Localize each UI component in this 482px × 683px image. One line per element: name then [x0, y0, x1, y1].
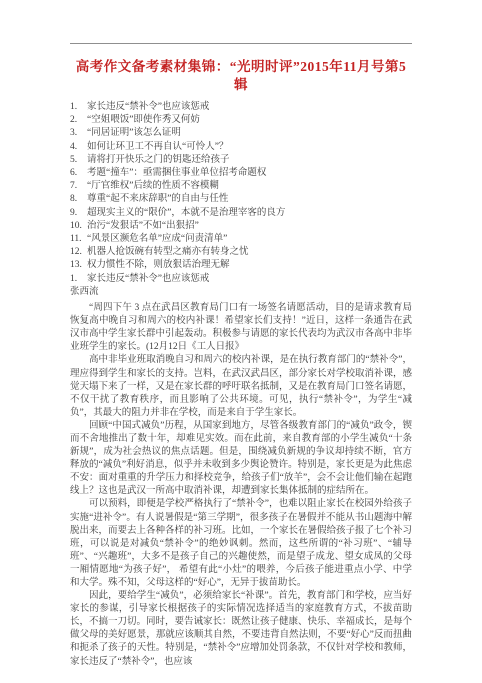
toc-item-number: 13.: [70, 259, 87, 272]
section-number: 1.: [70, 273, 87, 286]
toc-item: 6.考题“撞车”：亟需捆住事业单位招考命题权: [70, 167, 412, 180]
toc-item: 11.“风景区濒危名单”应成“问责清单”: [70, 233, 412, 246]
toc-list: 1.家长违反“禁补令”也应该惩戒2.“空姐喂饭”即使作秀又何妨3.“同居证明”该…: [70, 101, 412, 273]
toc-item-text: 如何让环卫工不再自认“可怜人”？: [87, 142, 228, 152]
toc-item: 8.尊重“起不来床辞职”的自由与任性: [70, 193, 412, 206]
body-paragraph: 可以预料，即便是学校严格执行了“禁补令”，也难以阻止家长在校园外给孩子实施“进补…: [70, 498, 412, 590]
toc-item: 4.如何让环卫工不再自认“可怜人”？: [70, 141, 412, 154]
toc-item-text: 权力惯性不除，则放狠话治理无解: [87, 260, 230, 270]
article-body: “周四下午 3 点在武昌区教育局门口有一场签名请愿活动，目的是请求教育局恢复高中…: [70, 302, 412, 669]
toc-item-number: 5.: [70, 154, 87, 167]
toc-item-number: 11.: [70, 233, 87, 246]
toc-item: 1.家长违反“禁补令”也应该惩戒: [70, 101, 412, 114]
author-name: 张西流: [70, 286, 412, 299]
toc-item: 10.治污“发狠话”不如“出狠招”: [70, 220, 412, 233]
document-content: 高考作文备考素材集锦：“光明时评”2015年11月号第5辑 1.家长违反“禁补令…: [70, 58, 412, 669]
toc-item-number: 9.: [70, 207, 87, 220]
body-paragraph: “周四下午 3 点在武昌区教育局门口有一场签名请愿活动，目的是请求教育局恢复高中…: [70, 302, 412, 354]
toc-item-text: “风景区濒危名单”应成“问责清单”: [87, 234, 227, 244]
body-paragraph: 回顾“中国式减负”历程，从国家到地方，尽管各级教育部门的“减负”政令，锲而不舍地…: [70, 420, 412, 499]
header-divider: [70, 43, 412, 44]
document-page: 高考作文备考素材集锦：“光明时评”2015年11月号第5辑 1.家长违反“禁补令…: [0, 0, 482, 683]
toc-item-number: 10.: [70, 220, 87, 233]
toc-item-text: 请将打开快乐之门的钥匙还给孩子: [87, 155, 230, 165]
section-title: 家长违反“禁补令”也应该惩戒: [87, 274, 209, 284]
body-paragraph: 因此，要给学生“减负”，必须给家长“补课”。首先，教育部门和学校，应当好家长的参…: [70, 590, 412, 669]
toc-item-number: 1.: [70, 101, 87, 114]
toc-item-text: 治污“发狠话”不如“出狠招”: [87, 221, 199, 231]
toc-item-number: 2.: [70, 114, 87, 127]
toc-item-text: 家长违反“禁补令”也应该惩戒: [87, 102, 209, 112]
toc-item-text: 尊重“起不来床辞职”的自由与任性: [87, 194, 228, 204]
toc-item: 12.机器人抢饭碗有转型之痛亦有转身之忧: [70, 246, 412, 259]
toc-item-number: 12.: [70, 246, 87, 259]
toc-item-number: 7.: [70, 180, 87, 193]
toc-item: 7.“厅官维权”后续的性质不容模糊: [70, 180, 412, 193]
toc-item: 2.“空姐喂饭”即使作秀又何妨: [70, 114, 412, 127]
toc-item-text: “厅官维权”后续的性质不容模糊: [87, 181, 219, 191]
toc-item-text: “空姐喂饭”即使作秀又何妨: [87, 115, 200, 125]
toc-item-text: 机器人抢饭碗有转型之痛亦有转身之忧: [87, 247, 249, 257]
section-heading: 1.家长违反“禁补令”也应该惩戒: [70, 273, 412, 286]
toc-item: 9.超现实主义的“限价”，本就不是治理宰客的良方: [70, 207, 412, 220]
page-title: 高考作文备考素材集锦：“光明时评”2015年11月号第5辑: [70, 58, 412, 94]
page-number: 1: [403, 627, 408, 637]
toc-item-number: 8.: [70, 193, 87, 206]
toc-item-number: 4.: [70, 141, 87, 154]
toc-item: 5.请将打开快乐之门的钥匙还给孩子: [70, 154, 412, 167]
toc-item: 13.权力惯性不除，则放狠话治理无解: [70, 259, 412, 272]
toc-item-number: 3.: [70, 127, 87, 140]
toc-item-number: 6.: [70, 167, 87, 180]
toc-item-text: “同居证明”该怎么证明: [87, 128, 181, 138]
toc-item: 3.“同居证明”该怎么证明: [70, 127, 412, 140]
toc-item-text: 超现实主义的“限价”，本就不是治理宰客的良方: [87, 208, 285, 218]
body-paragraph: 高中非毕业班取消晚自习和周六的校内补课，是在执行教育部门的“禁补令”，理应得到学…: [70, 354, 412, 419]
toc-item-text: 考题“撞车”：亟需捆住事业单位招考命题权: [87, 168, 266, 178]
